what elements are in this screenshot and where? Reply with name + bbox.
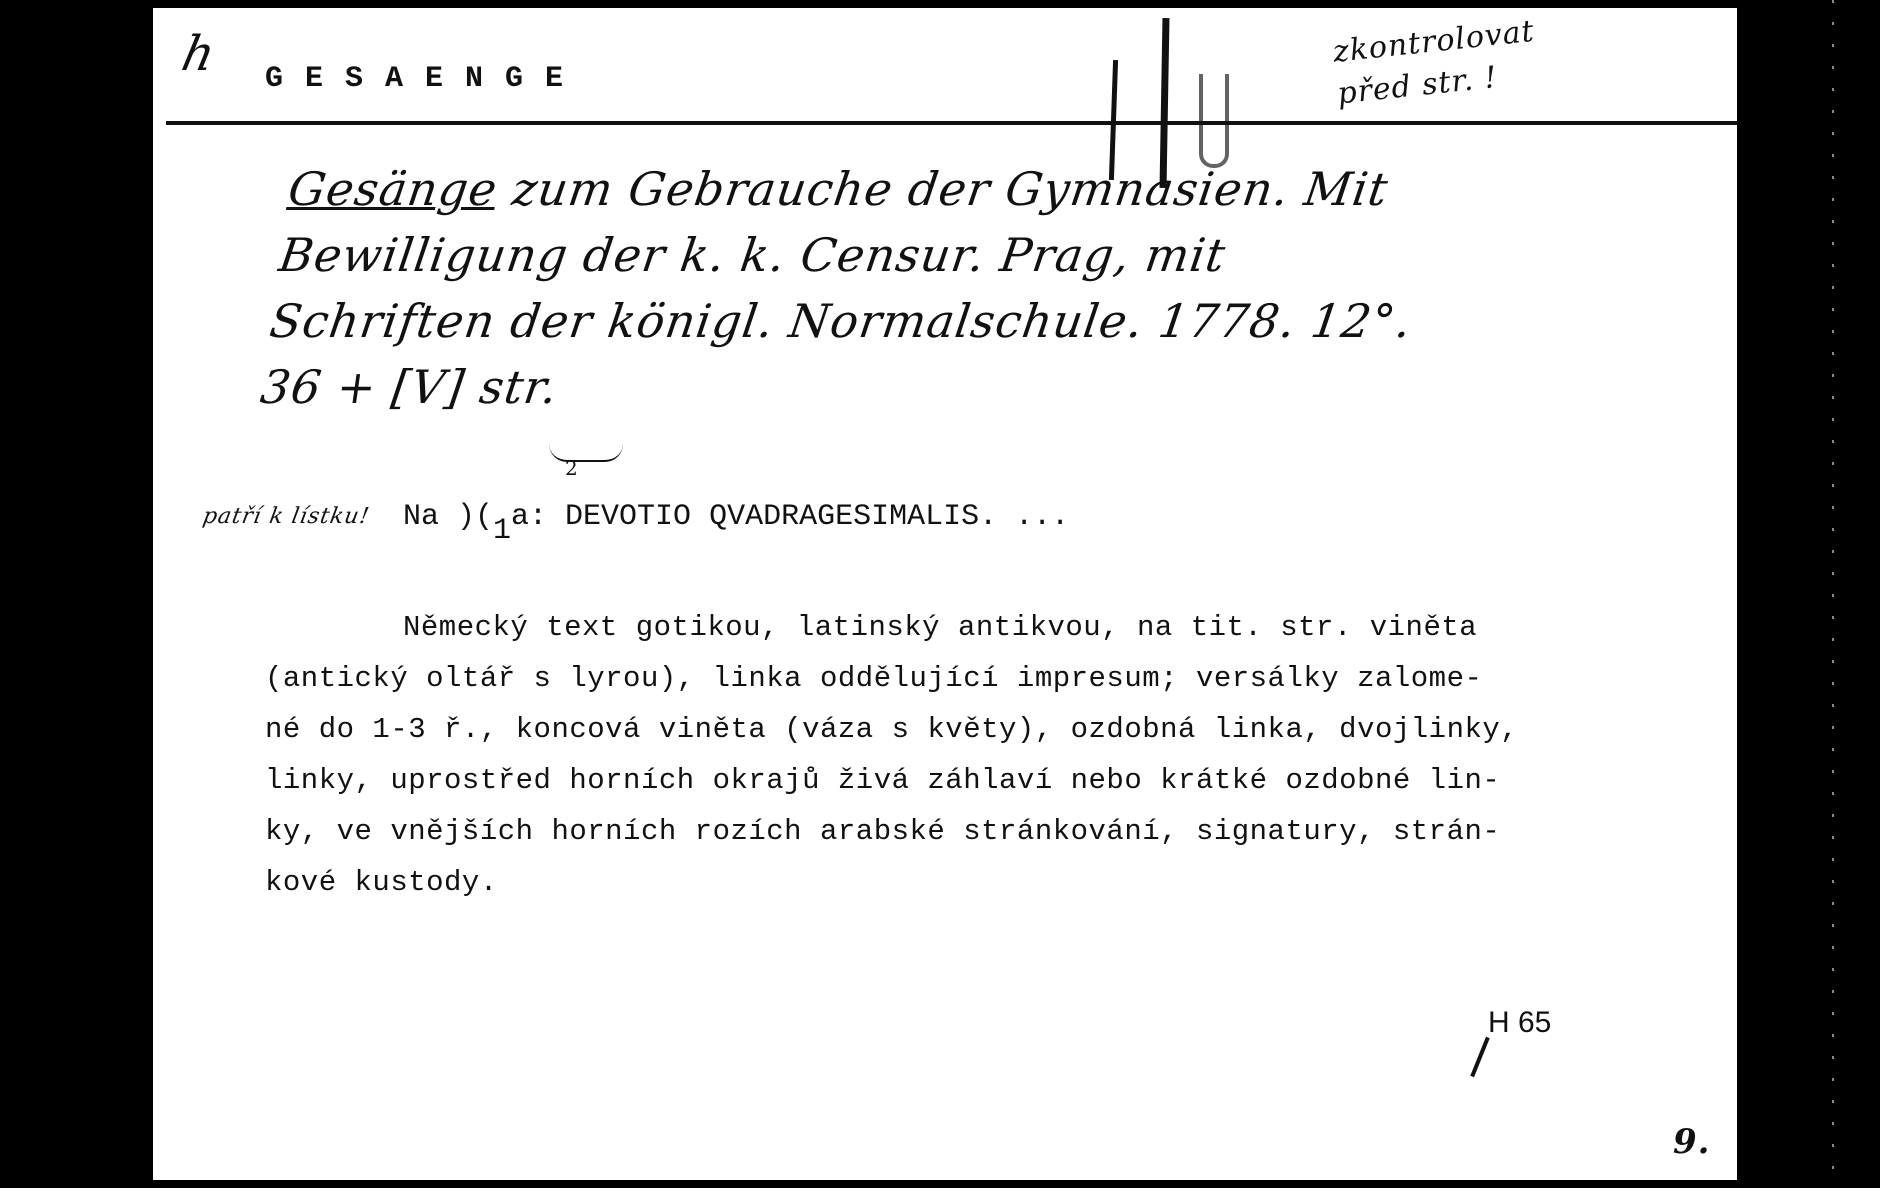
brace-number: 2 — [565, 456, 579, 480]
title-line1-rest: zum Gebrauche der Gymnasien. Mit — [493, 162, 1391, 216]
description-line: ky, ve vnějších horních rozích arabské s… — [265, 806, 1518, 857]
collation-subscript: 1 — [493, 514, 511, 548]
handwritten-title: Gesänge zum Gebrauche der Gymnasien. Mit… — [256, 156, 1434, 420]
title-line3: Schriften der königl. Normalschule. 1778… — [266, 288, 1416, 354]
description-line: né do 1-3 ř., koncová viněta (váza s kvě… — [265, 704, 1518, 755]
margin-note: patří k lístku! — [201, 504, 372, 529]
collation-line: Na )(1a: DEVOTIO QVADRAGESIMALIS. ... — [403, 500, 1069, 548]
description-paragraph: Německý text gotikou, latinský antikvou,… — [265, 602, 1518, 908]
title-line2: Bewilligung der k. k. Censur. Prag, mit — [275, 222, 1425, 288]
scan-margin-dots — [1832, 0, 1834, 1188]
brace-mark — [549, 444, 623, 462]
collation-suffix: a: DEVOTIO QVADRAGESIMALIS. ... — [511, 500, 1069, 534]
title-line4: 36 + [V] str. — [256, 354, 1406, 420]
shelfmark-check-mark — [1470, 1037, 1489, 1077]
heading-rule — [166, 121, 1737, 125]
description-line: Německý text gotikou, latinský antikvou,… — [265, 602, 1518, 653]
top-right-note: zkontrolovat před str. ! — [1331, 11, 1541, 116]
collation-prefix: Na )( — [403, 500, 493, 534]
initial-mark: h — [177, 26, 221, 82]
page-number: 9. — [1673, 1122, 1711, 1162]
description-line: kové kustody. — [265, 857, 1518, 908]
description-line: (antický oltář s lyrou), linka oddělujíc… — [265, 653, 1518, 704]
description-line: linky, uprostřed horních okrajů živá záh… — [265, 755, 1518, 806]
title-first-word: Gesänge — [285, 162, 501, 216]
shelfmark: H 65 — [1488, 1006, 1551, 1040]
card-heading: GESAENGE — [265, 62, 585, 96]
catalog-card: h GESAENGE zkontrolovat před str. ! Gesä… — [153, 8, 1737, 1180]
